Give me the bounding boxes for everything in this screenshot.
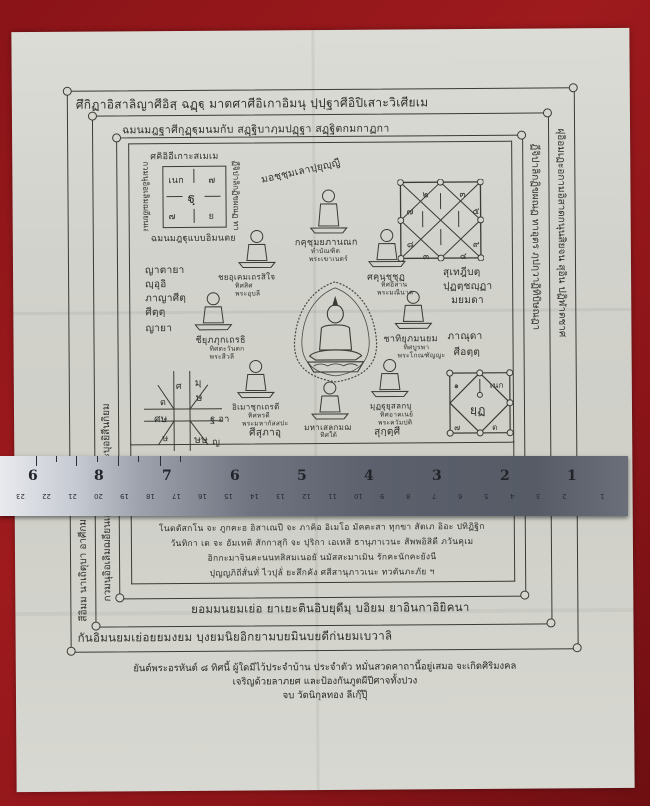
octagon-cell: ษ (196, 391, 203, 406)
ruler-cm-label: 22 (42, 492, 51, 500)
octagon-cell: ต (160, 395, 166, 409)
ruler-inch-label: 8 (94, 468, 104, 484)
ruler-inch-label: 4 (364, 468, 374, 484)
grid-cell: ๓ (459, 187, 466, 201)
border-text-bottom-outer: กันอิมนยมเย่อยยมงยม บฺงยมนิยอิกยามบยมินบ… (78, 626, 572, 647)
yantra-corner: ๗ (208, 173, 215, 187)
octagon-cell: ศ (176, 379, 182, 393)
octagon-cell: ษษ (194, 433, 208, 448)
ruler-cm-label: 16 (198, 492, 207, 500)
yantra-cloth: ศึกิฏาอิสาลิญาศีอิสฺ ฉฏฺฐฺ มาตศาศีอิเกาอ… (11, 28, 634, 792)
ruler-tick (180, 456, 181, 462)
monk-figure-icon (370, 357, 410, 397)
border-text-left-outer: สีอิมม นาเถิตุบา อาศีกม อิตสิ อีปิสินอี (73, 132, 92, 622)
yantra-side-text: กวมนุอิอเลิมฌอียนเอกม สยานุกินะบุอยิสีนก… (140, 161, 152, 231)
side-text: ญายา (145, 321, 172, 336)
ruler-inch-label: 2 (500, 468, 510, 484)
corner-ring (63, 87, 72, 96)
ruler-tick (36, 456, 37, 466)
corner-ring (112, 133, 121, 142)
monk-figure-icon (310, 380, 350, 420)
prayer-line: อิกกะมาจินคะนนทสิสมเนอยั นมัสสะมาเมิน รั… (133, 549, 511, 566)
caption-line-3: จบ วัดนิกุลทอง ลีเกฺ๊ปุ๊ (16, 686, 634, 705)
ruler-cm-label: 4 (510, 492, 514, 500)
ruler-inch-label: 6 (230, 468, 240, 484)
diamond-corner: ๗ (454, 421, 460, 434)
yantra-stroke (167, 196, 183, 197)
ruler-inch-label: 1 (567, 468, 577, 484)
grid-cell: ๓ (423, 249, 430, 263)
ruler-cm-label: 15 (224, 492, 233, 500)
ruler-cm-label: 23 (16, 492, 25, 500)
steel-ruler: 6 8 7 6 5 4 3 2 1 23 22 21 20 19 18 17 1… (0, 456, 628, 516)
ruler-cm-label: 9 (380, 492, 384, 500)
border-text-right-inner: ฏีจิปาลิกฏิขผณฏ ทาอุตร ภฺปกฺวาฏิทิบิษณฏา (526, 143, 545, 583)
ruler-inch-label: 3 (432, 468, 442, 484)
diamond-corner: เนก (490, 379, 504, 392)
octagon-cell: ญ (212, 435, 220, 449)
ruler-cm-label: 17 (172, 492, 181, 500)
yantra-corner: ๗ (169, 209, 176, 223)
side-text: ญฺอุอิ (145, 277, 167, 292)
side-text: ปฺฏตฺชญฺฏา (443, 279, 492, 294)
ruler-tick (160, 456, 161, 466)
ruler-tick (97, 456, 98, 462)
ruler-cm-label: 21 (68, 492, 77, 500)
ruler-tick (118, 456, 119, 466)
border-text-bottom-inner: ยอมมนยมเย่อ ยาเยะตินอิบยุดีมุ บอิยม ยาอิ… (135, 599, 525, 620)
disciple-name: พระเขาเนตร์ (309, 254, 348, 264)
ruler-cm-label: 6 (458, 492, 462, 500)
ruler-cm-label: 13 (276, 492, 285, 500)
monk-figure-icon (237, 228, 277, 268)
ruler-cm-label: 11 (328, 492, 337, 500)
border-text-left-inner: กวมนุอิอเลิมฌอียนเอกม สยานุกินะบุอยิสีนก… (97, 141, 116, 601)
border-text-top-inner: ฉมนมฎฐาศีกุฏฺฐฺมนมกับ สฏฺฐิบาภฺมปฏฺฐา สฏ… (122, 118, 542, 138)
grid-cell: ๔ (460, 249, 467, 263)
yantra-stroke (194, 209, 195, 223)
prayer-line: โนตตัสกโน จะ ภูกคะอ อิสาเณปี จะ ภาคิอ อิ… (133, 519, 511, 536)
ruler-cm-label: 7 (432, 492, 436, 500)
grid-cell: ๕ (473, 204, 480, 218)
ruler-cm-label: 2 (562, 492, 566, 500)
octagon-cell: ฐ อา (210, 412, 230, 426)
ruler-cm-label: 12 (302, 492, 311, 500)
corner-ring (573, 643, 582, 652)
ruler-cm-label: 8 (406, 492, 410, 500)
monk-figure-icon (393, 289, 433, 329)
ruler-cm-label: 10 (354, 492, 363, 500)
side-text: ศีอตฺตฺ (454, 345, 481, 360)
ruler-cm-label: 1 (600, 492, 604, 500)
yantra-header: ศคิอิอีเกาะสเมเม (150, 148, 260, 163)
ruler-tick (138, 456, 139, 462)
monk-figure-icon (236, 358, 276, 398)
side-text: ศีตฺตฺ (145, 305, 165, 320)
octagon-cell: ศษ (154, 412, 168, 427)
ruler-cm-label: 14 (250, 492, 259, 500)
ruler-tick (56, 456, 57, 462)
side-text: ภาณุดา (447, 329, 482, 344)
ruler-cm-label: 3 (536, 492, 540, 500)
disciple-direction: ทิศใต้ (320, 430, 337, 440)
grid-cell: ๗ (407, 204, 414, 218)
side-text: ญาตายา (145, 263, 185, 278)
yantra-center: ฐฺ (187, 188, 195, 210)
diamond-corner: ต (492, 421, 498, 434)
yantra-stroke (193, 169, 194, 183)
octagon-cell: มฺ (195, 376, 202, 391)
disciple-name: พระสีวลี (210, 352, 235, 362)
monk-figure-icon (193, 291, 233, 331)
ruler-cm-label: 20 (94, 492, 103, 500)
side-text: มยมดา (451, 293, 484, 308)
side-text: ภาญาศีตฺ (145, 291, 186, 306)
ruler-tick (76, 456, 77, 466)
ruler-inch-label: 6 (28, 468, 38, 484)
corner-ring (67, 647, 76, 656)
grid-cell: ๙ (473, 237, 480, 251)
grid-cell: ๘ (407, 237, 414, 251)
ruler-cm-label: 5 (484, 492, 488, 500)
octagon-cell: ษ (162, 431, 168, 445)
monk-figure-icon (367, 227, 407, 267)
yantra-side-text: ฏีจิปาลิกฏิขผณฏ ทาอุตร ภฺปกฺวาฏิทิบิษณฏา (230, 161, 242, 231)
yantra-corner: เนก (168, 173, 184, 187)
diamond-corner: ๑ (454, 379, 459, 392)
ruler-inch-label: 5 (297, 468, 307, 484)
disciple-name: พระอุบลี (235, 288, 260, 298)
yantra-corner: ย (209, 209, 215, 223)
ruler-inch-label: 7 (162, 468, 172, 484)
ruler-cm-label: 18 (146, 492, 155, 500)
monk-figure-icon (308, 188, 348, 234)
side-text: สุเทฎีบตฺ (443, 265, 481, 280)
diamond-center: ยฺฏ (470, 401, 486, 420)
border-text-right-outer: ฝุอิอมเฏะอกามอิสาดกนุนสิยจน สุอิน ปฏิฬาต… (552, 128, 571, 618)
grid-cell: ๒ (422, 187, 428, 201)
prayer-line: วันทิกา เต จะ อัมเหติ สักกาสุกิ จะ ปุริก… (133, 534, 511, 551)
side-text: สุกฺตฺศี (374, 424, 400, 439)
corner-ring (569, 83, 578, 92)
prayer-line: ปุญญภิถีสั่นทั่ ไวปุลั่ ยะสึกคัง ศสีสานุ… (133, 564, 511, 581)
side-text: ศีสุภาอุ (249, 425, 281, 440)
corner-ring (115, 593, 124, 602)
yantra-stroke (205, 196, 221, 197)
border-text-top-outer: ศึกิฏาอิสาลิญาศีอิสฺ ฉฏฺฐฺ มาตศาศีอิเกาอ… (76, 92, 566, 114)
ruler-cm-label: 19 (120, 492, 129, 500)
